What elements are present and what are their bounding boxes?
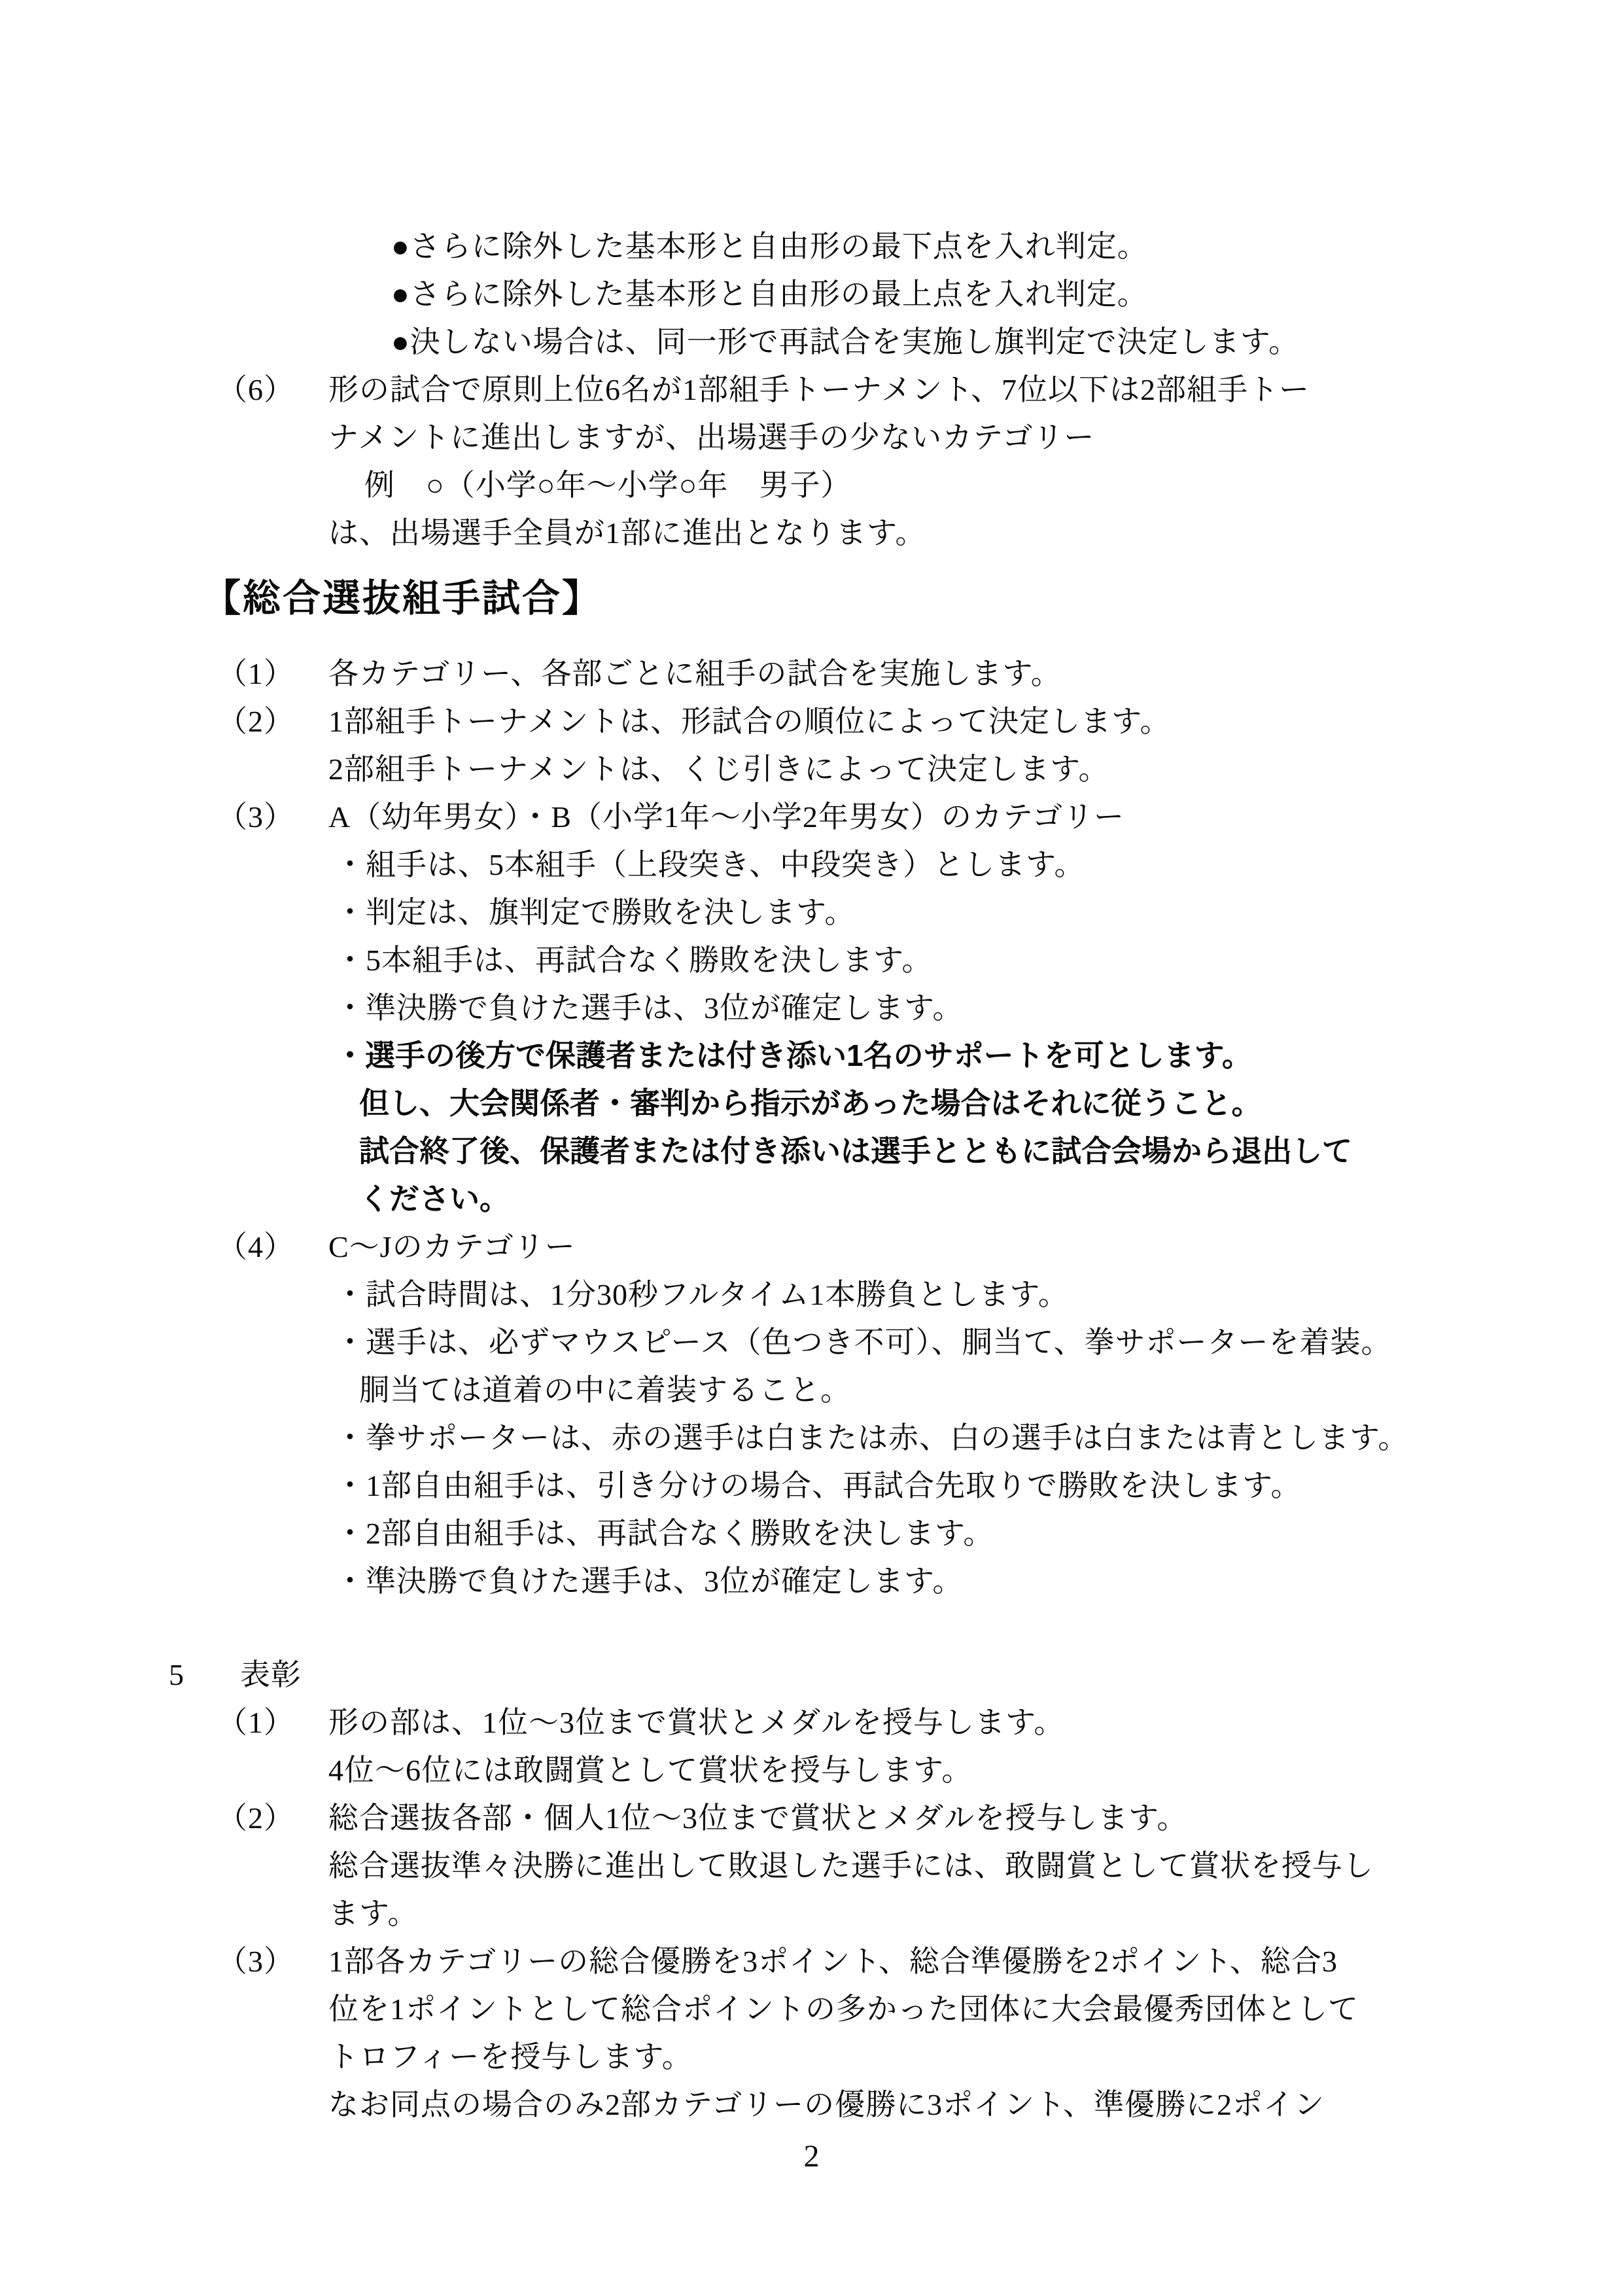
continuation-line: 総合選抜準々決勝に進出して敗退した選手には、敢闘賞として賞状を授与し	[0, 1842, 1623, 1890]
line-text: ・組手は、5本組手（上段突き、中段突き）とします。	[335, 848, 1085, 881]
continuation-line: ナメントに進出しますが、出場選手の少ないカテゴリー	[0, 414, 1623, 461]
continuation-line: トロフィーを授与します。	[0, 2033, 1623, 2081]
item-number: （1）	[217, 650, 328, 698]
section-number: 5	[169, 1651, 240, 1699]
line-text: 胴当ては道着の中に着装すること。	[359, 1373, 851, 1407]
line-text: A（幼年男女）・B（小学1年～小学2年男女）のカテゴリー	[328, 800, 1125, 834]
sub-bullet-line: ・5本組手は、再試合なく勝敗を決します。	[0, 936, 1623, 984]
line-text: 1部各カテゴリーの総合優勝を3ポイント、総合準優勝を2ポイント、総合3	[328, 1945, 1338, 1978]
item-number: （3）	[217, 793, 328, 841]
numbered-item-line: （4）C～Jのカテゴリー	[0, 1223, 1623, 1271]
line-text: 表彰	[240, 1658, 302, 1691]
line-text: 総合選抜準々決勝に進出して敗退した選手には、敢闘賞として賞状を授与し	[328, 1849, 1374, 1882]
continuation-line: なお同点の場合のみ2部カテゴリーの優勝に3ポイント、準優勝に2ポイン	[0, 2081, 1623, 2128]
item-number: （2）	[217, 698, 328, 745]
line-text: ・拳サポーターは、赤の選手は白または赤、白の選手は白または青とします。	[335, 1421, 1408, 1455]
continuation-line: 2部組手トーナメントは、くじ引きによって決定します。	[0, 745, 1623, 793]
line-text: ・準決勝で負けた選手は、3位が確定します。	[335, 1564, 963, 1598]
document-page: ●さらに除外した基本形と自由形の最下点を入れ判定。 ●さらに除外した基本形と自由…	[0, 0, 1623, 2296]
item-number: （1）	[217, 1699, 328, 1746]
item-number: （4）	[217, 1223, 328, 1271]
line-text: 例 ○（小学○年～小学○年 男子）	[364, 468, 851, 502]
line-text: ●さらに除外した基本形と自由形の最下点を入れ判定。	[391, 230, 1148, 263]
line-text: 形の部は、1位～3位まで賞状とメダルを授与します。	[328, 1706, 1064, 1739]
document-content: ●さらに除外した基本形と自由形の最下点を入れ判定。 ●さらに除外した基本形と自由…	[0, 0, 1623, 2180]
line-text: ・試合時間は、1分30秒フルタイム1本勝負とします。	[335, 1278, 1069, 1311]
item-number: （6）	[217, 366, 328, 414]
numbered-item-line: （3）A（幼年男女）・B（小学1年～小学2年男女）のカテゴリー	[0, 793, 1623, 841]
line-text: ・選手は、必ずマウスピース（色つき不可）、胴当て、拳サポーターを着装。	[335, 1326, 1392, 1359]
bullet-line: ●さらに除外した基本形と自由形の最下点を入れ判定。	[0, 222, 1623, 270]
continuation-line: 4位～6位には敢闘賞として賞状を授与します。	[0, 1746, 1623, 1794]
line-text: トロフィーを授与します。	[328, 2040, 693, 2074]
line-text: ・2部自由組手は、再試合なく勝敗を決します。	[335, 1517, 994, 1550]
line-text: 1部組手トーナメントは、形試合の順位によって決定します。	[328, 705, 1170, 738]
line-text: 試合終了後、保護者または付き添いは選手とともに試合会場から退出して	[359, 1134, 1352, 1168]
bullet-line: ●さらに除外した基本形と自由形の最上点を入れ判定。	[0, 270, 1623, 318]
line-text: は、出場選手全員が1部に進出となります。	[328, 516, 926, 550]
continuation-line: ます。	[0, 1890, 1623, 1937]
section-number-line: 5表彰	[0, 1651, 1623, 1699]
line-text: 4位～6位には敢闘賞として賞状を授与します。	[328, 1754, 972, 1787]
numbered-item-line: （6）形の試合で原則上位6名が1部組手トーナメント、7位以下は2部組手トー	[0, 366, 1623, 414]
sub-bullet-continuation: 胴当ては道着の中に着装すること。	[0, 1366, 1623, 1414]
continuation-line: 位を1ポイントとして総合ポイントの多かった団体に大会最優秀団体として	[0, 1985, 1623, 2033]
line-text: ●決しない場合は、同一形で再試合を実施し旗判定で決定します。	[391, 325, 1299, 359]
sub-bullet-line: ・準決勝で負けた選手は、3位が確定します。	[0, 984, 1623, 1032]
line-text: 位を1ポイントとして総合ポイントの多かった団体に大会最優秀団体として	[328, 1992, 1359, 2026]
section-heading-text: 【総合選抜組手試合】	[203, 577, 602, 620]
line-text: ・判定は、旗判定で勝敗を決します。	[335, 896, 855, 929]
sub-bullet-continuation-bold: 試合終了後、保護者または付き添いは選手とともに試合会場から退出して	[0, 1127, 1623, 1175]
line-text: 但し、大会関係者・審判から指示があった場合はそれに従うこと。	[359, 1086, 1262, 1120]
line-text: ●さらに除外した基本形と自由形の最上点を入れ判定。	[391, 277, 1148, 311]
bullet-line: ●決しない場合は、同一形で再試合を実施し旗判定で決定します。	[0, 318, 1623, 366]
numbered-item-line: （2）1部組手トーナメントは、形試合の順位によって決定します。	[0, 698, 1623, 745]
page-number-text: 2	[804, 2139, 820, 2174]
sub-bullet-line: ・試合時間は、1分30秒フルタイム1本勝負とします。	[0, 1271, 1623, 1318]
continuation-line: は、出場選手全員が1部に進出となります。	[0, 509, 1623, 557]
line-text: ください。	[359, 1182, 510, 1216]
numbered-item-line: （3）1部各カテゴリーの総合優勝を3ポイント、総合準優勝を2ポイント、総合3	[0, 1937, 1623, 1985]
section-heading: 【総合選抜組手試合】	[0, 566, 1623, 631]
item-number: （2）	[217, 1794, 328, 1842]
line-text: ます。	[328, 1897, 418, 1930]
numbered-item-line: （1）形の部は、1位～3位まで賞状とメダルを授与します。	[0, 1699, 1623, 1746]
item-number: （3）	[217, 1937, 328, 1985]
line-text: ナメントに進出しますが、出場選手の少ないカテゴリー	[328, 421, 1094, 454]
line-text: 2部組手トーナメントは、くじ引きによって決定します。	[328, 752, 1109, 786]
line-text: 形の試合で原則上位6名が1部組手トーナメント、7位以下は2部組手トー	[328, 373, 1310, 406]
sub-bullet-line: ・判定は、旗判定で勝敗を決します。	[0, 889, 1623, 936]
sub-bullet-line: ・組手は、5本組手（上段突き、中段突き）とします。	[0, 841, 1623, 889]
sub-bullet-line: ・拳サポーターは、赤の選手は白または赤、白の選手は白または青とします。	[0, 1414, 1623, 1462]
line-text: なお同点の場合のみ2部カテゴリーの優勝に3ポイント、準優勝に2ポイン	[328, 2088, 1325, 2121]
line-text: C～Jのカテゴリー	[328, 1230, 576, 1263]
numbered-item-line: （1）各カテゴリー、各部ごとに組手の試合を実施します。	[0, 650, 1623, 698]
sub-bullet-line: ・準決勝で負けた選手は、3位が確定します。	[0, 1557, 1623, 1605]
sub-bullet-line: ・2部自由組手は、再試合なく勝敗を決します。	[0, 1510, 1623, 1557]
sub-bullet-line-bold: ・選手の後方で保護者または付き添い1名のサポートを可とします。	[0, 1032, 1623, 1080]
line-text: ・選手の後方で保護者または付き添い1名のサポートを可とします。	[335, 1038, 1252, 1072]
line-text: ・準決勝で負けた選手は、3位が確定します。	[335, 991, 963, 1025]
sub-bullet-line: ・1部自由組手は、引き分けの場合、再試合先取りで勝敗を決します。	[0, 1462, 1623, 1510]
numbered-item-line: （2）総合選抜各部・個人1位～3位まで賞状とメダルを授与します。	[0, 1794, 1623, 1842]
sub-bullet-continuation-bold: 但し、大会関係者・審判から指示があった場合はそれに従うこと。	[0, 1080, 1623, 1127]
line-text: ・5本組手は、再試合なく勝敗を決します。	[335, 944, 932, 977]
example-line: 例 ○（小学○年～小学○年 男子）	[0, 461, 1623, 509]
sub-bullet-line: ・選手は、必ずマウスピース（色つき不可）、胴当て、拳サポーターを着装。	[0, 1318, 1623, 1366]
line-text: ・1部自由組手は、引き分けの場合、再試合先取りで勝敗を決します。	[335, 1469, 1301, 1502]
line-text: 各カテゴリー、各部ごとに組手の試合を実施します。	[328, 657, 1062, 690]
line-text: 総合選抜各部・個人1位～3位まで賞状とメダルを授与します。	[328, 1801, 1187, 1835]
page-number: 2	[0, 2132, 1623, 2180]
sub-bullet-continuation-bold: ください。	[0, 1175, 1623, 1223]
